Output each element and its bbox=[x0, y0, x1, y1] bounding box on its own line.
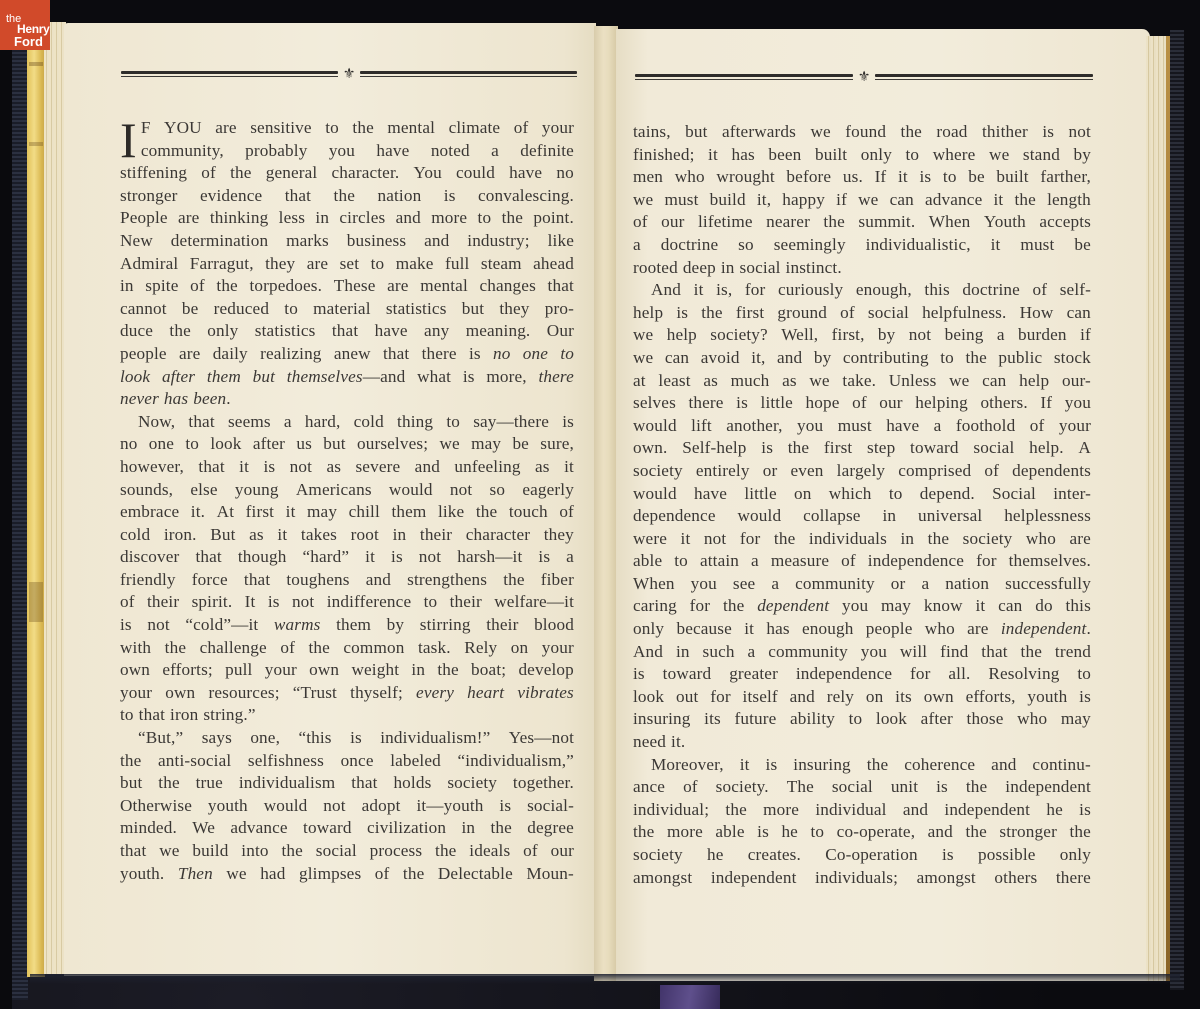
word: there bbox=[688, 392, 723, 415]
text-line: lookafterthembutthemselves—andwhatismore… bbox=[120, 366, 574, 389]
word: nation bbox=[377, 185, 421, 208]
word: our bbox=[551, 840, 574, 863]
word: it bbox=[740, 754, 750, 777]
word: is bbox=[766, 754, 778, 777]
word: takes bbox=[301, 524, 337, 547]
word: of bbox=[514, 117, 529, 140]
word: them bbox=[207, 366, 241, 389]
word: society. bbox=[716, 776, 769, 799]
word: they bbox=[544, 524, 574, 547]
word: the bbox=[725, 799, 746, 822]
word: the bbox=[633, 821, 654, 844]
word: our bbox=[661, 211, 684, 234]
word: your bbox=[265, 659, 297, 682]
word: it, bbox=[751, 347, 765, 370]
word: one, bbox=[250, 727, 280, 750]
word: cold bbox=[354, 411, 384, 434]
word: one bbox=[149, 433, 174, 456]
word: first bbox=[824, 437, 852, 460]
word: successfully bbox=[1005, 573, 1091, 596]
word: common bbox=[343, 637, 404, 660]
word: Now, bbox=[138, 411, 175, 434]
word: must bbox=[1020, 234, 1054, 257]
word: torpedoes. bbox=[249, 275, 322, 298]
word: dependent bbox=[757, 595, 829, 618]
word: harsh—it bbox=[457, 546, 522, 569]
word: all. bbox=[948, 663, 970, 686]
word: because bbox=[676, 618, 731, 641]
word: stock bbox=[1054, 347, 1091, 370]
word: only bbox=[207, 320, 238, 343]
word: the bbox=[965, 347, 986, 370]
word: that bbox=[195, 546, 221, 569]
word: the bbox=[701, 302, 722, 325]
gilt-page-edge-left bbox=[27, 22, 45, 977]
right-page-text: tains,butafterwardswefoundtheroadthither… bbox=[633, 121, 1091, 889]
word: that bbox=[285, 185, 311, 208]
word: helpfulness. bbox=[922, 302, 1006, 325]
word: the bbox=[437, 659, 458, 682]
word: like bbox=[548, 230, 574, 253]
word: before bbox=[786, 166, 831, 189]
word: the bbox=[966, 776, 987, 799]
text-line: cannotbereducedtomaterialstatisticsbutth… bbox=[120, 298, 574, 321]
word: we bbox=[226, 863, 246, 886]
word: own. bbox=[633, 437, 668, 460]
ornamental-rule-right: ⚜ bbox=[635, 70, 1093, 84]
word: to bbox=[674, 550, 688, 573]
word: community, bbox=[141, 140, 224, 163]
text-line: theanti-socialselfishnessoncelabeled“ind… bbox=[120, 750, 574, 773]
word: the bbox=[1021, 641, 1042, 664]
word: there bbox=[538, 366, 573, 389]
word: “hard” bbox=[302, 546, 349, 569]
word: possible bbox=[978, 844, 1036, 867]
word: who bbox=[1026, 528, 1056, 551]
word: is bbox=[1079, 686, 1091, 709]
rule-line bbox=[360, 70, 577, 78]
word: material bbox=[313, 298, 371, 321]
word: is bbox=[757, 821, 769, 844]
word: are bbox=[387, 275, 408, 298]
text-line: societyhecreates.Co-operationispossibleo… bbox=[633, 844, 1091, 867]
word: strengthens bbox=[407, 569, 487, 592]
fleuron-icon: ⚜ bbox=[338, 67, 360, 81]
word: sounds, bbox=[120, 479, 173, 502]
word: that bbox=[332, 320, 358, 343]
word: the bbox=[308, 637, 329, 660]
word: collapse bbox=[803, 505, 861, 528]
text-line: Whenyouseeacommunityoranationsuccessfull… bbox=[633, 573, 1091, 596]
word: could bbox=[456, 162, 495, 185]
word: advance bbox=[230, 817, 287, 840]
word: force bbox=[192, 569, 228, 592]
word: efforts; bbox=[162, 659, 213, 682]
word: individual bbox=[815, 799, 886, 822]
left-page-text: I FYOUaresensitivetothementalclimateofyo… bbox=[120, 117, 574, 885]
word: to bbox=[560, 343, 574, 366]
word: thinking bbox=[210, 207, 269, 230]
word: the bbox=[788, 437, 809, 460]
word: build bbox=[192, 840, 228, 863]
word: the bbox=[774, 528, 795, 551]
word: we bbox=[633, 324, 653, 347]
word: is bbox=[444, 185, 456, 208]
word: find bbox=[940, 641, 968, 664]
word: the bbox=[867, 754, 888, 777]
word: independence bbox=[868, 550, 964, 573]
rule-line bbox=[121, 70, 338, 78]
word: embrace bbox=[120, 501, 179, 524]
word: dependence bbox=[633, 505, 716, 528]
word: of bbox=[840, 302, 855, 325]
word: it bbox=[744, 618, 754, 641]
word: indifference bbox=[327, 591, 412, 614]
word: ideals bbox=[469, 840, 510, 863]
word: and bbox=[396, 207, 421, 230]
word: burden bbox=[1018, 324, 1067, 347]
word: is bbox=[120, 614, 132, 637]
text-line: minded.Weadvancetowardcivilizationinthed… bbox=[120, 817, 574, 840]
word: not bbox=[419, 546, 441, 569]
text-line: insuringitsfutureabilitytolookafterthose… bbox=[633, 708, 1091, 731]
word: cold bbox=[120, 524, 150, 547]
word: though bbox=[238, 546, 287, 569]
word: If bbox=[875, 166, 887, 189]
word: depend. bbox=[920, 483, 975, 506]
word: to bbox=[906, 144, 920, 167]
word: built bbox=[815, 144, 847, 167]
word: as bbox=[535, 456, 550, 479]
word: New bbox=[120, 230, 153, 253]
text-line: atleastasmuchaswetake.Unlesswecanhelpour… bbox=[633, 370, 1091, 393]
word: own bbox=[924, 686, 954, 709]
word: If bbox=[1040, 392, 1052, 415]
ribbon-bookmark bbox=[660, 985, 720, 1009]
word: contributing bbox=[843, 347, 929, 370]
word: for bbox=[690, 595, 711, 618]
drop-cap: I bbox=[120, 120, 137, 162]
word: boat; bbox=[471, 659, 506, 682]
word: they bbox=[499, 298, 529, 321]
word: society? bbox=[710, 324, 768, 347]
word: young bbox=[235, 479, 279, 502]
word: we bbox=[949, 370, 969, 393]
word: you bbox=[691, 573, 717, 596]
word: build bbox=[710, 189, 746, 212]
word: It bbox=[245, 591, 256, 614]
word: avoid bbox=[701, 347, 740, 370]
word: to bbox=[1077, 663, 1091, 686]
fleuron-icon: ⚜ bbox=[853, 70, 875, 84]
word: is bbox=[463, 366, 475, 389]
text-line: istowardgreaterindependenceforall.Resolv… bbox=[633, 663, 1091, 686]
word: measure bbox=[771, 550, 829, 573]
word: have bbox=[886, 415, 919, 438]
word: by bbox=[1073, 144, 1091, 167]
word: stronger bbox=[120, 185, 178, 208]
word: be bbox=[1074, 234, 1091, 257]
word: independent bbox=[944, 799, 1030, 822]
word: it bbox=[277, 524, 287, 547]
word: reduced bbox=[214, 298, 269, 321]
word: them bbox=[391, 501, 426, 524]
word: Resolving bbox=[988, 663, 1059, 686]
word: general bbox=[266, 162, 318, 185]
word: of bbox=[120, 591, 135, 614]
word: civilization bbox=[367, 817, 446, 840]
word: in bbox=[900, 528, 914, 551]
text-line: wecanavoidit,andbycontributingtothepubli… bbox=[633, 347, 1091, 370]
word: co-operate, bbox=[837, 821, 915, 844]
word: to bbox=[185, 433, 199, 456]
word: root bbox=[351, 524, 379, 547]
word: community bbox=[768, 641, 848, 664]
word: can bbox=[665, 347, 689, 370]
word: Unless bbox=[889, 370, 937, 393]
word: “individualism,” bbox=[457, 750, 574, 773]
word: universal bbox=[918, 505, 982, 528]
word: largely bbox=[837, 460, 885, 483]
word: sure, bbox=[540, 433, 574, 456]
word: When bbox=[633, 573, 675, 596]
word: of bbox=[683, 776, 698, 799]
word: first bbox=[246, 501, 274, 524]
word: but bbox=[462, 298, 484, 321]
word: in bbox=[120, 275, 134, 298]
word: is bbox=[499, 795, 511, 818]
word: Americans bbox=[296, 479, 372, 502]
word: YOU bbox=[164, 117, 202, 140]
word: and bbox=[424, 230, 449, 253]
word: you bbox=[842, 595, 868, 618]
text-line: tothatironstring.” bbox=[120, 704, 574, 727]
word: we bbox=[439, 433, 459, 456]
word: adopt bbox=[362, 795, 401, 818]
word: spite bbox=[145, 275, 178, 298]
word: society bbox=[447, 772, 497, 795]
word: to bbox=[478, 207, 492, 230]
word: as bbox=[249, 524, 264, 547]
word: may bbox=[307, 501, 337, 524]
word: people bbox=[120, 343, 167, 366]
word: of bbox=[633, 211, 648, 234]
word: know bbox=[924, 595, 963, 618]
word: to bbox=[371, 253, 385, 276]
rule-line bbox=[635, 73, 853, 81]
word: selves bbox=[633, 392, 676, 415]
word: a bbox=[748, 641, 756, 664]
word: minded. bbox=[120, 817, 177, 840]
word: that bbox=[139, 704, 165, 727]
word: amongst bbox=[917, 867, 976, 890]
word: instinct. bbox=[786, 257, 842, 280]
word: discover bbox=[120, 546, 179, 569]
word: the bbox=[216, 275, 237, 298]
word: in bbox=[882, 505, 896, 528]
henry-ford-logo: the Henry Ford bbox=[0, 0, 50, 50]
word: will bbox=[900, 641, 927, 664]
right-binding-edge bbox=[1170, 30, 1184, 990]
word: others bbox=[994, 867, 1037, 890]
word: the bbox=[490, 817, 511, 840]
word: your bbox=[1059, 415, 1091, 438]
word: more bbox=[763, 799, 799, 822]
word: the bbox=[1069, 821, 1090, 844]
word: independent bbox=[1005, 776, 1091, 799]
text-line: stiffeningofthegeneralcharacter.Youcould… bbox=[120, 162, 574, 185]
word: however, bbox=[120, 456, 184, 479]
word: their bbox=[420, 524, 452, 547]
word: climate bbox=[449, 117, 501, 140]
word: nearer bbox=[766, 211, 810, 234]
word: and bbox=[991, 754, 1016, 777]
text-line: Moreover,itisinsuringthecoherenceandcont… bbox=[633, 754, 1091, 777]
page-stack-right bbox=[1146, 36, 1170, 981]
word: are bbox=[178, 207, 199, 230]
word: help bbox=[667, 324, 697, 347]
word: never bbox=[120, 388, 159, 411]
word: to bbox=[325, 117, 339, 140]
word: more bbox=[431, 207, 467, 230]
word: stand bbox=[1023, 144, 1060, 167]
word: it bbox=[239, 456, 249, 479]
ornamental-rule-left: ⚜ bbox=[121, 67, 577, 81]
word: the bbox=[723, 595, 744, 618]
word: for bbox=[745, 279, 766, 302]
word: that bbox=[383, 343, 409, 366]
word: only bbox=[633, 618, 664, 641]
word: selfishness bbox=[248, 750, 324, 773]
word: of bbox=[984, 460, 999, 483]
word: the bbox=[502, 207, 523, 230]
word: spirit. bbox=[192, 591, 233, 614]
word: seemingly bbox=[774, 234, 846, 257]
word: he bbox=[781, 821, 798, 844]
word: inter- bbox=[1053, 483, 1091, 506]
word: themselves. bbox=[1009, 550, 1091, 573]
text-line: noonetolookafterusbutourselves;wemaybesu… bbox=[120, 433, 574, 456]
word: in bbox=[411, 659, 425, 682]
text-line: wouldliftanother,youmusthaveafootholdofy… bbox=[633, 415, 1091, 438]
word: it, bbox=[757, 189, 771, 212]
text-line: Peoplearethinkinglessincirclesandmoretot… bbox=[120, 207, 574, 230]
word: society bbox=[633, 460, 683, 483]
word: social bbox=[973, 437, 1014, 460]
word: even bbox=[790, 460, 823, 483]
word: When bbox=[929, 211, 971, 234]
word: able bbox=[633, 550, 662, 573]
word: would bbox=[389, 479, 433, 502]
word: How bbox=[1020, 302, 1054, 325]
word: duce bbox=[120, 320, 153, 343]
text-line: withthechallengeofthecommontask.Relyonyo… bbox=[120, 637, 574, 660]
word: evidence bbox=[200, 185, 262, 208]
word: itself bbox=[743, 686, 778, 709]
word: social bbox=[740, 257, 781, 280]
text-line: youth.ThenwehadglimpsesoftheDelectableMo… bbox=[120, 863, 574, 886]
word: is bbox=[736, 392, 748, 415]
word: in bbox=[461, 817, 475, 840]
word: And bbox=[633, 641, 663, 664]
word: comprised bbox=[898, 460, 971, 483]
word: helping bbox=[915, 392, 968, 415]
word: it bbox=[975, 595, 985, 618]
word: chill bbox=[349, 501, 380, 524]
word: individualism bbox=[239, 772, 335, 795]
word: by bbox=[814, 347, 832, 370]
text-line: lookoutforitselfandrelyonitsownefforts,y… bbox=[633, 686, 1091, 709]
word: after bbox=[253, 433, 285, 456]
word: been bbox=[768, 144, 801, 167]
word: were bbox=[633, 528, 667, 551]
word: we bbox=[858, 189, 878, 212]
text-line: themoreableishetoco-operate,andthestrong… bbox=[633, 821, 1091, 844]
word: your bbox=[120, 682, 152, 705]
word: independent bbox=[711, 867, 797, 890]
word: for bbox=[910, 663, 931, 686]
word: on bbox=[794, 483, 812, 506]
text-line: ofourlifetimenearerthesummit.WhenYouthac… bbox=[633, 211, 1091, 234]
word: hard, bbox=[305, 411, 341, 434]
word: we bbox=[633, 189, 653, 212]
text-line: AdmiralFarragut,theyaresettomakefullstea… bbox=[120, 253, 574, 276]
word: but bbox=[253, 366, 275, 389]
word: statistics bbox=[386, 298, 447, 321]
word: self- bbox=[1060, 279, 1091, 302]
word: if bbox=[1080, 324, 1091, 347]
word: it bbox=[365, 546, 375, 569]
word: rooted bbox=[633, 257, 678, 280]
word: attain bbox=[700, 550, 739, 573]
text-line: Now,thatseemsahard,coldthingtosay—therei… bbox=[120, 411, 574, 434]
word: little bbox=[744, 483, 776, 506]
word: blood bbox=[534, 614, 574, 637]
word: first, bbox=[832, 324, 865, 347]
word: only bbox=[861, 144, 892, 167]
word: are bbox=[307, 253, 328, 276]
word: dependents bbox=[1012, 460, 1091, 483]
text-line: societyentirelyorevenlargelycomprisedofd… bbox=[633, 460, 1091, 483]
word: is bbox=[268, 591, 280, 614]
word: the bbox=[965, 821, 986, 844]
word: realizing bbox=[260, 343, 321, 366]
word: “But,” bbox=[138, 727, 183, 750]
word: true bbox=[196, 772, 223, 795]
word: of bbox=[852, 392, 867, 415]
text-line: Andinsuchacommunityyouwillfindthatthetre… bbox=[633, 641, 1091, 664]
word: can bbox=[890, 189, 914, 212]
word: toward bbox=[910, 437, 959, 460]
word: the bbox=[281, 840, 302, 863]
text-line: tains,butafterwardswefoundtheroadthither… bbox=[633, 121, 1091, 144]
text-line: discoverthatthough“hard”itisnotharsh—iti… bbox=[120, 546, 574, 569]
word: of bbox=[1030, 415, 1045, 438]
word: no bbox=[556, 162, 574, 185]
word: the bbox=[169, 320, 190, 343]
word: is bbox=[1079, 799, 1091, 822]
word: is bbox=[676, 302, 688, 325]
word: after bbox=[162, 366, 195, 389]
word: and bbox=[903, 799, 928, 822]
word: us. bbox=[843, 166, 863, 189]
word: have bbox=[375, 320, 408, 343]
word: can bbox=[998, 595, 1022, 618]
word: found bbox=[845, 121, 886, 144]
word: character. bbox=[332, 162, 400, 185]
word: afterwards bbox=[722, 121, 796, 144]
word: are bbox=[179, 343, 200, 366]
